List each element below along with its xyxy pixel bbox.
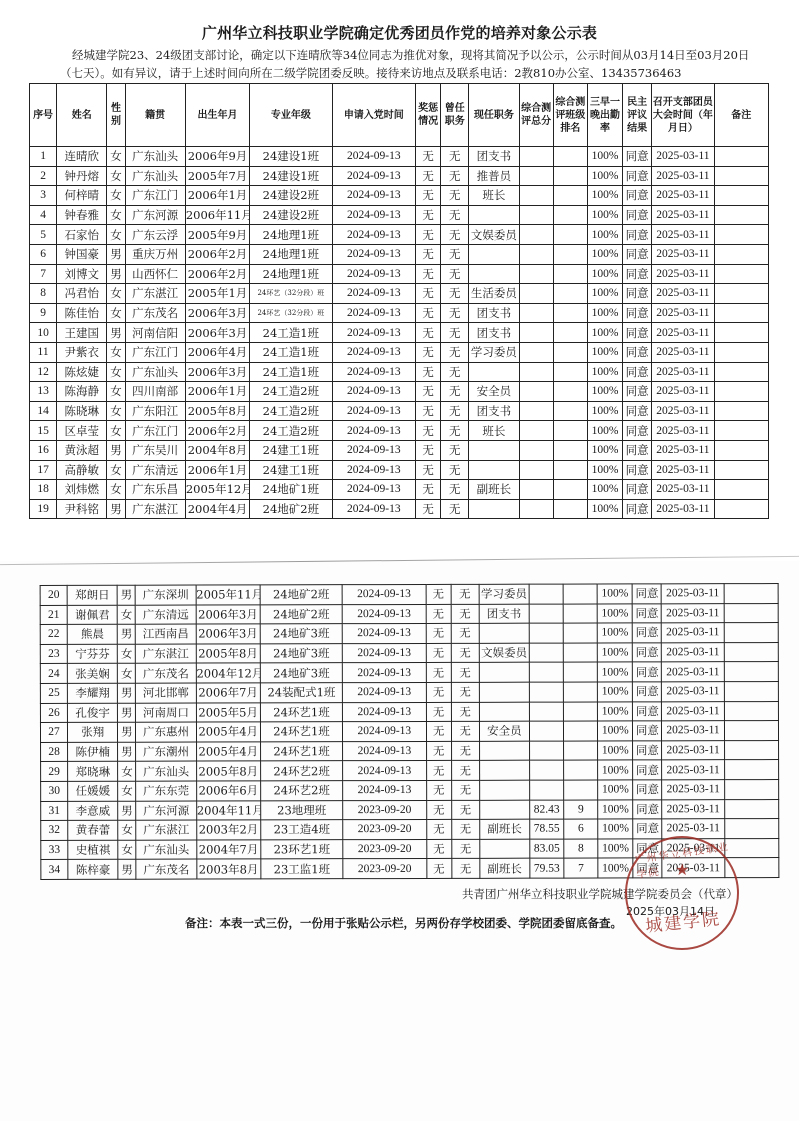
table-cell: 女 bbox=[107, 460, 125, 480]
table-cell: 女 bbox=[118, 664, 136, 684]
table-cell: 无 bbox=[416, 186, 441, 206]
table-cell: 2024-09-13 bbox=[332, 186, 415, 206]
table-cell: 钟丹熔 bbox=[57, 166, 107, 186]
table-cell: 同意 bbox=[623, 166, 652, 186]
table-cell: 广东茂名 bbox=[136, 663, 196, 683]
table-cell bbox=[563, 584, 597, 604]
table-cell: 陈佳怡 bbox=[57, 303, 107, 323]
table-cell bbox=[724, 760, 778, 780]
table-row: 30任媛媛女广东东莞2006年6月24环艺2班2024-09-13无无100%同… bbox=[41, 779, 779, 801]
table-row: 11尹紫衣女广东江门2006年4月24工造1班2024-09-13无无学习委员1… bbox=[30, 342, 769, 362]
table-cell: 男 bbox=[107, 440, 125, 460]
table-cell: 郑晓琳 bbox=[68, 762, 118, 782]
table-cell: 高静敏 bbox=[57, 460, 107, 480]
table-cell: 女 bbox=[118, 644, 136, 664]
table-cell: 女 bbox=[107, 480, 125, 500]
table-cell: 2005年8月 bbox=[196, 761, 260, 781]
table-cell bbox=[469, 264, 519, 284]
table-cell bbox=[724, 740, 778, 760]
table-cell: 无 bbox=[441, 186, 469, 206]
table-cell bbox=[529, 584, 563, 604]
table-cell bbox=[519, 225, 553, 245]
column-header: 民主评议结果 bbox=[623, 84, 652, 147]
table-row: 22熊晨男江西南昌2006年3月24地矿3班2024-09-13无无100%同意… bbox=[40, 623, 778, 645]
table-cell: 2005年12月 bbox=[185, 480, 249, 500]
table-cell: 24地矿2班 bbox=[260, 585, 342, 605]
table-cell: 广东云浮 bbox=[125, 225, 185, 245]
table-cell: 2025-03-11 bbox=[662, 662, 724, 682]
table-row: 24张美娴女广东茂名2004年12月24地矿3班2024-09-13无无100%… bbox=[40, 662, 778, 684]
table-cell: 同意 bbox=[623, 362, 652, 382]
table-cell: 广东潮州 bbox=[136, 742, 196, 762]
table-cell: 2025-03-11 bbox=[652, 244, 714, 264]
table-cell bbox=[469, 205, 519, 225]
table-cell: 8 bbox=[30, 284, 57, 304]
table-cell: 2024-09-13 bbox=[332, 166, 415, 186]
table-cell: 28 bbox=[41, 742, 68, 762]
column-header: 召开支部团员大会时间（年月日） bbox=[652, 84, 714, 147]
table-cell: 2024-09-13 bbox=[332, 440, 415, 460]
table-cell: 2004年4月 bbox=[185, 499, 249, 519]
table-cell: 同意 bbox=[623, 225, 652, 245]
table-row: 26孔俊宇男河南周口2005年5月24环艺1班2024-09-13无无100%同… bbox=[40, 701, 778, 723]
table-cell: 无 bbox=[441, 421, 469, 441]
table-cell: 同意 bbox=[633, 721, 662, 741]
table-cell: 100% bbox=[587, 225, 622, 245]
table-cell: 100% bbox=[587, 323, 622, 343]
table-cell bbox=[553, 205, 587, 225]
table-cell bbox=[553, 480, 587, 500]
table-cell: 24环艺1班 bbox=[260, 722, 342, 742]
table-cell bbox=[553, 362, 587, 382]
table-cell: 2005年8月 bbox=[185, 401, 249, 421]
table-cell: 23地理班 bbox=[261, 800, 343, 820]
table-cell bbox=[469, 362, 519, 382]
table-cell: 30 bbox=[41, 781, 68, 801]
table-cell: 26 bbox=[40, 703, 67, 723]
table-row: 9陈佳怡女广东茂名2006年3月24环艺（32分段）班2024-09-13无无团… bbox=[30, 303, 769, 323]
table-cell bbox=[724, 721, 778, 741]
table-cell: 团支书 bbox=[479, 604, 529, 624]
table-cell: 班长 bbox=[469, 186, 519, 206]
table-cell: 2025-03-11 bbox=[662, 642, 724, 662]
table-cell: 24地矿3班 bbox=[260, 643, 342, 663]
table-cell bbox=[564, 721, 598, 741]
table-cell bbox=[469, 460, 519, 480]
table-cell: 2025-03-11 bbox=[662, 701, 724, 721]
table-cell: 尹紫衣 bbox=[57, 342, 107, 362]
table-cell: 24环艺1班 bbox=[260, 702, 342, 722]
table-cell: 2006年1月 bbox=[185, 460, 249, 480]
table-cell bbox=[519, 440, 553, 460]
table-cell: 无 bbox=[441, 303, 469, 323]
table-cell: 无 bbox=[451, 584, 479, 604]
table-cell: 100% bbox=[587, 303, 622, 323]
table-cell: 2006年3月 bbox=[185, 362, 249, 382]
table-row: 25李耀翔男河北邯郸2006年7月24装配式1班2024-09-13无无100%… bbox=[40, 682, 778, 704]
table-cell: 黄泳超 bbox=[57, 440, 107, 460]
table-cell: 4 bbox=[30, 205, 57, 225]
table-cell: 2006年3月 bbox=[185, 303, 249, 323]
table-cell: 同意 bbox=[623, 499, 652, 519]
table-cell: 重庆万州 bbox=[125, 244, 185, 264]
table-cell: 学习委员 bbox=[469, 342, 519, 362]
table-cell: 2025-03-11 bbox=[662, 819, 724, 839]
table-cell: 无 bbox=[416, 401, 441, 421]
table-cell: 2005年1月 bbox=[185, 284, 249, 304]
table-cell: 2006年4月 bbox=[185, 342, 249, 362]
table-cell bbox=[563, 702, 597, 722]
table-cell: 广东清远 bbox=[136, 605, 196, 625]
table-cell: 3 bbox=[30, 186, 57, 206]
table-cell: 34 bbox=[41, 860, 68, 880]
table-cell bbox=[519, 342, 553, 362]
table-cell: 同意 bbox=[633, 741, 662, 761]
table-cell: 2006年3月 bbox=[196, 604, 260, 624]
table-cell: 2006年6月 bbox=[196, 781, 260, 801]
table-cell: 23工监1班 bbox=[261, 859, 343, 879]
table-cell: 同意 bbox=[633, 662, 662, 682]
table-cell: 100% bbox=[587, 480, 622, 500]
table-cell: 2025-03-11 bbox=[652, 225, 714, 245]
table-cell bbox=[519, 323, 553, 343]
table-cell: 2006年1月 bbox=[185, 382, 249, 402]
table-cell bbox=[553, 342, 587, 362]
table-cell: 男 bbox=[118, 722, 136, 742]
table-cell: 2023-09-20 bbox=[343, 859, 426, 879]
table-cell: 广东汕头 bbox=[125, 362, 185, 382]
table-cell: 100% bbox=[587, 362, 622, 382]
table-cell: 7 bbox=[30, 264, 57, 284]
table-cell: 2006年7月 bbox=[196, 683, 260, 703]
table-cell: 无 bbox=[426, 584, 451, 604]
table-cell: 23环艺1班 bbox=[261, 839, 343, 859]
table-cell: 无 bbox=[416, 440, 441, 460]
table-cell: 无 bbox=[426, 859, 451, 879]
table-cell bbox=[564, 760, 598, 780]
table-row: 7刘博文男山西怀仁2006年2月24地理1班2024-09-13无无100%同意… bbox=[30, 264, 769, 284]
table-cell bbox=[714, 264, 768, 284]
table-cell bbox=[714, 166, 768, 186]
table-cell bbox=[714, 323, 768, 343]
table-cell: 无 bbox=[416, 205, 441, 225]
table-cell: 石家怡 bbox=[57, 225, 107, 245]
table-cell bbox=[479, 741, 529, 761]
table-cell: 广东汕头 bbox=[125, 147, 185, 167]
table-cell bbox=[529, 662, 563, 682]
table-cell bbox=[553, 264, 587, 284]
table-cell: 广东江门 bbox=[125, 186, 185, 206]
table-cell: 2024-09-13 bbox=[342, 643, 425, 663]
table-row: 2钟丹熔女广东汕头2005年7月24建设1班2024-09-13无无推普员100… bbox=[30, 166, 769, 186]
table-cell: 男 bbox=[118, 801, 136, 821]
table-cell bbox=[553, 147, 587, 167]
table-cell bbox=[553, 225, 587, 245]
table-cell: 无 bbox=[416, 303, 441, 323]
table-cell: 100% bbox=[587, 342, 622, 362]
table-cell: 无 bbox=[441, 205, 469, 225]
table-cell bbox=[724, 819, 778, 839]
table-cell bbox=[553, 421, 587, 441]
table-cell bbox=[724, 662, 778, 682]
table-cell bbox=[563, 682, 597, 702]
table-cell: 广东河源 bbox=[136, 801, 196, 821]
table-cell: 同意 bbox=[632, 603, 661, 623]
table-cell bbox=[519, 166, 553, 186]
table-cell: 无 bbox=[441, 284, 469, 304]
table-cell: 2025-03-11 bbox=[652, 460, 714, 480]
table-cell bbox=[714, 460, 768, 480]
table-row: 18刘炜燃女广东乐昌2005年12月24地矿1班2024-09-13无无副班长1… bbox=[30, 480, 769, 500]
footnote: 备注：本表一式三份，一份用于张贴公示栏，另两份存学校团委、学院团委留底备查。 bbox=[185, 915, 622, 931]
table-cell: 24地理1班 bbox=[250, 244, 332, 264]
table-cell: 17 bbox=[30, 460, 57, 480]
table-cell: 黄春蕾 bbox=[68, 820, 118, 840]
table-cell: 2025-03-11 bbox=[662, 682, 724, 702]
table-cell: 无 bbox=[441, 401, 469, 421]
table-cell: 100% bbox=[587, 147, 622, 167]
table-cell: 河北邯郸 bbox=[136, 683, 196, 703]
table-row: 15区卓莹女广东江门2006年2月24工造2班2024-09-13无无班长100… bbox=[30, 421, 769, 441]
table-row: 10王建国男河南信阳2006年3月24工造1班2024-09-13无无团支书10… bbox=[30, 323, 769, 343]
table-cell: 24地理1班 bbox=[250, 264, 332, 284]
table-cell: 24环艺（32分段）班 bbox=[250, 284, 332, 304]
table-cell: 24工造2班 bbox=[250, 421, 332, 441]
table-cell: 男 bbox=[107, 244, 125, 264]
table-row: 16黄泳超男广东吴川2004年8月24建工1班2024-09-13无无100%同… bbox=[30, 440, 769, 460]
table-cell: 男 bbox=[118, 703, 136, 723]
table-cell bbox=[479, 800, 529, 820]
table-cell: 郑朗日 bbox=[67, 585, 117, 605]
table-cell: 2023-09-20 bbox=[343, 800, 426, 820]
table-cell: 无 bbox=[426, 780, 451, 800]
table-cell: 24地矿2班 bbox=[260, 604, 342, 624]
table-cell: 2025-03-11 bbox=[662, 760, 724, 780]
table-cell: 2006年1月 bbox=[185, 186, 249, 206]
table-cell: 女 bbox=[107, 342, 125, 362]
table-cell: 广东乐昌 bbox=[125, 480, 185, 500]
table-cell: 16 bbox=[30, 440, 57, 460]
table-cell: 男 bbox=[118, 624, 136, 644]
table-cell: 孔俊宇 bbox=[68, 703, 118, 723]
table-cell: 2024-09-13 bbox=[342, 584, 425, 604]
table-cell: 河南信阳 bbox=[125, 323, 185, 343]
table-cell: 2024-09-13 bbox=[332, 460, 415, 480]
table-cell bbox=[519, 284, 553, 304]
table-cell: 100% bbox=[597, 584, 632, 604]
table-cell: 何梓晴 bbox=[57, 186, 107, 206]
table-row: 8冯君怡女广东湛江2005年1月24环艺（32分段）班2024-09-13无无生… bbox=[30, 284, 769, 304]
table-cell: 100% bbox=[598, 780, 633, 800]
table-cell: 四川南部 bbox=[125, 382, 185, 402]
table-cell: 2025-03-11 bbox=[662, 740, 724, 760]
table-cell: 王建国 bbox=[57, 323, 107, 343]
table-cell: 无 bbox=[416, 421, 441, 441]
table-cell: 无 bbox=[416, 342, 441, 362]
table-cell: 2006年3月 bbox=[185, 323, 249, 343]
table-cell bbox=[724, 799, 778, 819]
table-row: 28陈伊楠男广东潮州2005年4月24环艺1班2024-09-13无无100%同… bbox=[41, 740, 779, 762]
table-cell: 24地矿3班 bbox=[260, 663, 342, 683]
table-cell bbox=[724, 701, 778, 721]
table-cell: 班长 bbox=[469, 421, 519, 441]
table-cell bbox=[529, 643, 563, 663]
table-cell: 无 bbox=[451, 761, 479, 781]
intro-paragraph: 经城建学院23、24级团支部讨论，确定以下连晴欣等34位同志为推优对象，现将其简… bbox=[60, 46, 760, 82]
table-cell: 广东湛江 bbox=[136, 820, 196, 840]
table-cell bbox=[529, 721, 563, 741]
table-cell: 无 bbox=[441, 342, 469, 362]
table-cell bbox=[714, 480, 768, 500]
table-cell: 广东东莞 bbox=[136, 781, 196, 801]
table-cell: 2005年7月 bbox=[185, 166, 249, 186]
table-cell: 团支书 bbox=[469, 147, 519, 167]
table-cell: 男 bbox=[118, 860, 136, 880]
table-cell: 2024-09-13 bbox=[343, 741, 426, 761]
table-cell: 文娱委员 bbox=[479, 643, 529, 663]
table-cell: 广东汕头 bbox=[125, 166, 185, 186]
table-cell: 无 bbox=[451, 839, 479, 859]
table-cell: 陈梓豪 bbox=[68, 860, 118, 880]
table-cell: 2023-09-20 bbox=[343, 820, 426, 840]
table-cell: 广东茂名 bbox=[136, 859, 196, 879]
table-cell: 同意 bbox=[623, 342, 652, 362]
table-cell: 女 bbox=[107, 303, 125, 323]
table-cell: 同意 bbox=[623, 460, 652, 480]
table-cell bbox=[479, 623, 529, 643]
table-cell: 广东吴川 bbox=[125, 440, 185, 460]
table-cell: 推普员 bbox=[469, 166, 519, 186]
table-cell: 24地矿2班 bbox=[250, 499, 332, 519]
table-cell: 江西南昌 bbox=[136, 624, 196, 644]
table-cell: 2006年2月 bbox=[185, 421, 249, 441]
candidate-table-page2: 20郑朗日男广东深圳2005年11月24地矿2班2024-09-13无无学习委员… bbox=[40, 583, 780, 880]
table-cell: 团支书 bbox=[469, 401, 519, 421]
table-cell: 24工造1班 bbox=[250, 342, 332, 362]
table-row: 20郑朗日男广东深圳2005年11月24地矿2班2024-09-13无无学习委员… bbox=[40, 584, 778, 606]
table-cell: 29 bbox=[41, 762, 68, 782]
table-cell: 2003年2月 bbox=[196, 820, 260, 840]
column-header: 性别 bbox=[107, 84, 125, 147]
table-cell: 2006年2月 bbox=[185, 244, 249, 264]
table-cell: 2024-09-13 bbox=[332, 303, 415, 323]
table-cell: 100% bbox=[587, 166, 622, 186]
table-cell bbox=[563, 662, 597, 682]
table-cell: 24 bbox=[40, 664, 67, 684]
table-cell: 李意威 bbox=[68, 801, 118, 821]
table-cell bbox=[553, 244, 587, 264]
table-row: 12陈炫婕女广东汕头2006年3月24工造1班2024-09-13无无100%同… bbox=[30, 362, 769, 382]
column-header: 备注 bbox=[714, 84, 768, 147]
table-cell: 2025-03-11 bbox=[652, 323, 714, 343]
table-cell: 无 bbox=[426, 643, 451, 663]
table-cell bbox=[714, 205, 768, 225]
table-cell: 无 bbox=[451, 682, 479, 702]
column-header: 专业年级 bbox=[250, 84, 332, 147]
table-cell: 女 bbox=[107, 166, 125, 186]
table-cell: 广东湛江 bbox=[125, 499, 185, 519]
table-cell: 24建工1班 bbox=[250, 440, 332, 460]
table-cell: 2024-09-13 bbox=[343, 702, 426, 722]
table-row: 19尹科铭男广东湛江2004年4月24地矿2班2024-09-13无无100%同… bbox=[30, 499, 769, 519]
table-cell: 无 bbox=[441, 166, 469, 186]
table-cell: 同意 bbox=[633, 643, 662, 663]
table-cell: 2025-03-11 bbox=[652, 284, 714, 304]
table-cell: 无 bbox=[451, 643, 479, 663]
table-cell: 22 bbox=[40, 625, 67, 645]
table-cell: 广东汕头 bbox=[136, 761, 196, 781]
table-cell: 陈炫婕 bbox=[57, 362, 107, 382]
table-cell bbox=[469, 499, 519, 519]
table-cell: 无 bbox=[426, 702, 451, 722]
table-cell: 无 bbox=[451, 604, 479, 624]
table-cell: 2024-09-13 bbox=[332, 362, 415, 382]
table-cell: 100% bbox=[587, 205, 622, 225]
table-cell: 2024-09-13 bbox=[332, 480, 415, 500]
table-cell bbox=[479, 780, 529, 800]
table-cell: 同意 bbox=[623, 244, 652, 264]
table-cell: 无 bbox=[451, 624, 479, 644]
table-cell: 刘炜燃 bbox=[57, 480, 107, 500]
table-cell: 广东清远 bbox=[125, 460, 185, 480]
table-cell: 男 bbox=[118, 683, 136, 703]
table-cell: 2024-09-13 bbox=[332, 401, 415, 421]
table-cell: 2024-09-13 bbox=[342, 604, 425, 624]
table-cell: 无 bbox=[441, 244, 469, 264]
table-cell: 同意 bbox=[623, 264, 652, 284]
table-cell: 同意 bbox=[623, 480, 652, 500]
table-row: 13陈海静女四川南部2006年1月24工造2班2024-09-13无无安全员10… bbox=[30, 382, 769, 402]
table-cell: 学习委员 bbox=[479, 584, 529, 604]
table-row: 27张翔男广东惠州2005年4月24环艺1班2024-09-13无无安全员100… bbox=[40, 721, 778, 743]
table-cell bbox=[479, 761, 529, 781]
table-cell: 100% bbox=[597, 604, 632, 624]
table-cell bbox=[563, 604, 597, 624]
table-cell: 2024-09-13 bbox=[332, 284, 415, 304]
table-cell: 2025-03-11 bbox=[662, 780, 724, 800]
table-cell: 广东汕头 bbox=[136, 840, 196, 860]
table-cell bbox=[479, 682, 529, 702]
table-cell bbox=[553, 382, 587, 402]
table-cell: 2025-03-11 bbox=[652, 382, 714, 402]
table-cell: 2006年9月 bbox=[185, 147, 249, 167]
table-cell: 女 bbox=[107, 186, 125, 206]
table-cell: 陈晓琳 bbox=[57, 401, 107, 421]
table-cell: 张美娴 bbox=[67, 664, 117, 684]
table-cell: 广东江门 bbox=[125, 421, 185, 441]
table-cell bbox=[553, 186, 587, 206]
table-cell: 100% bbox=[598, 760, 633, 780]
table-cell: 2004年11月 bbox=[196, 800, 260, 820]
table-cell bbox=[714, 401, 768, 421]
table-cell: 女 bbox=[118, 840, 136, 860]
table-cell: 2003年8月 bbox=[196, 859, 260, 879]
table-cell: 13 bbox=[30, 382, 57, 402]
table-cell: 82.43 bbox=[530, 800, 564, 820]
table-cell bbox=[553, 401, 587, 421]
table-cell: 无 bbox=[426, 722, 451, 742]
table-row: 3何梓晴女广东江门2006年1月24建设2班2024-09-13无无班长100%… bbox=[30, 186, 769, 206]
table-header-row: 序号姓名性别籍贯出生年月专业年级申请入党时间奖惩情况曾任职务现任职务综合测评总分… bbox=[30, 84, 769, 147]
table-cell bbox=[519, 147, 553, 167]
table-cell: 无 bbox=[416, 480, 441, 500]
table-cell: 24环艺1班 bbox=[260, 741, 342, 761]
table-cell: 24装配式1班 bbox=[260, 683, 342, 703]
table-cell bbox=[479, 663, 529, 683]
official-seal-icon: 广州华立科技职业学院 ★ 城建学院 bbox=[625, 836, 739, 950]
table-cell: 同意 bbox=[623, 421, 652, 441]
table-cell: 24建设1班 bbox=[250, 166, 332, 186]
